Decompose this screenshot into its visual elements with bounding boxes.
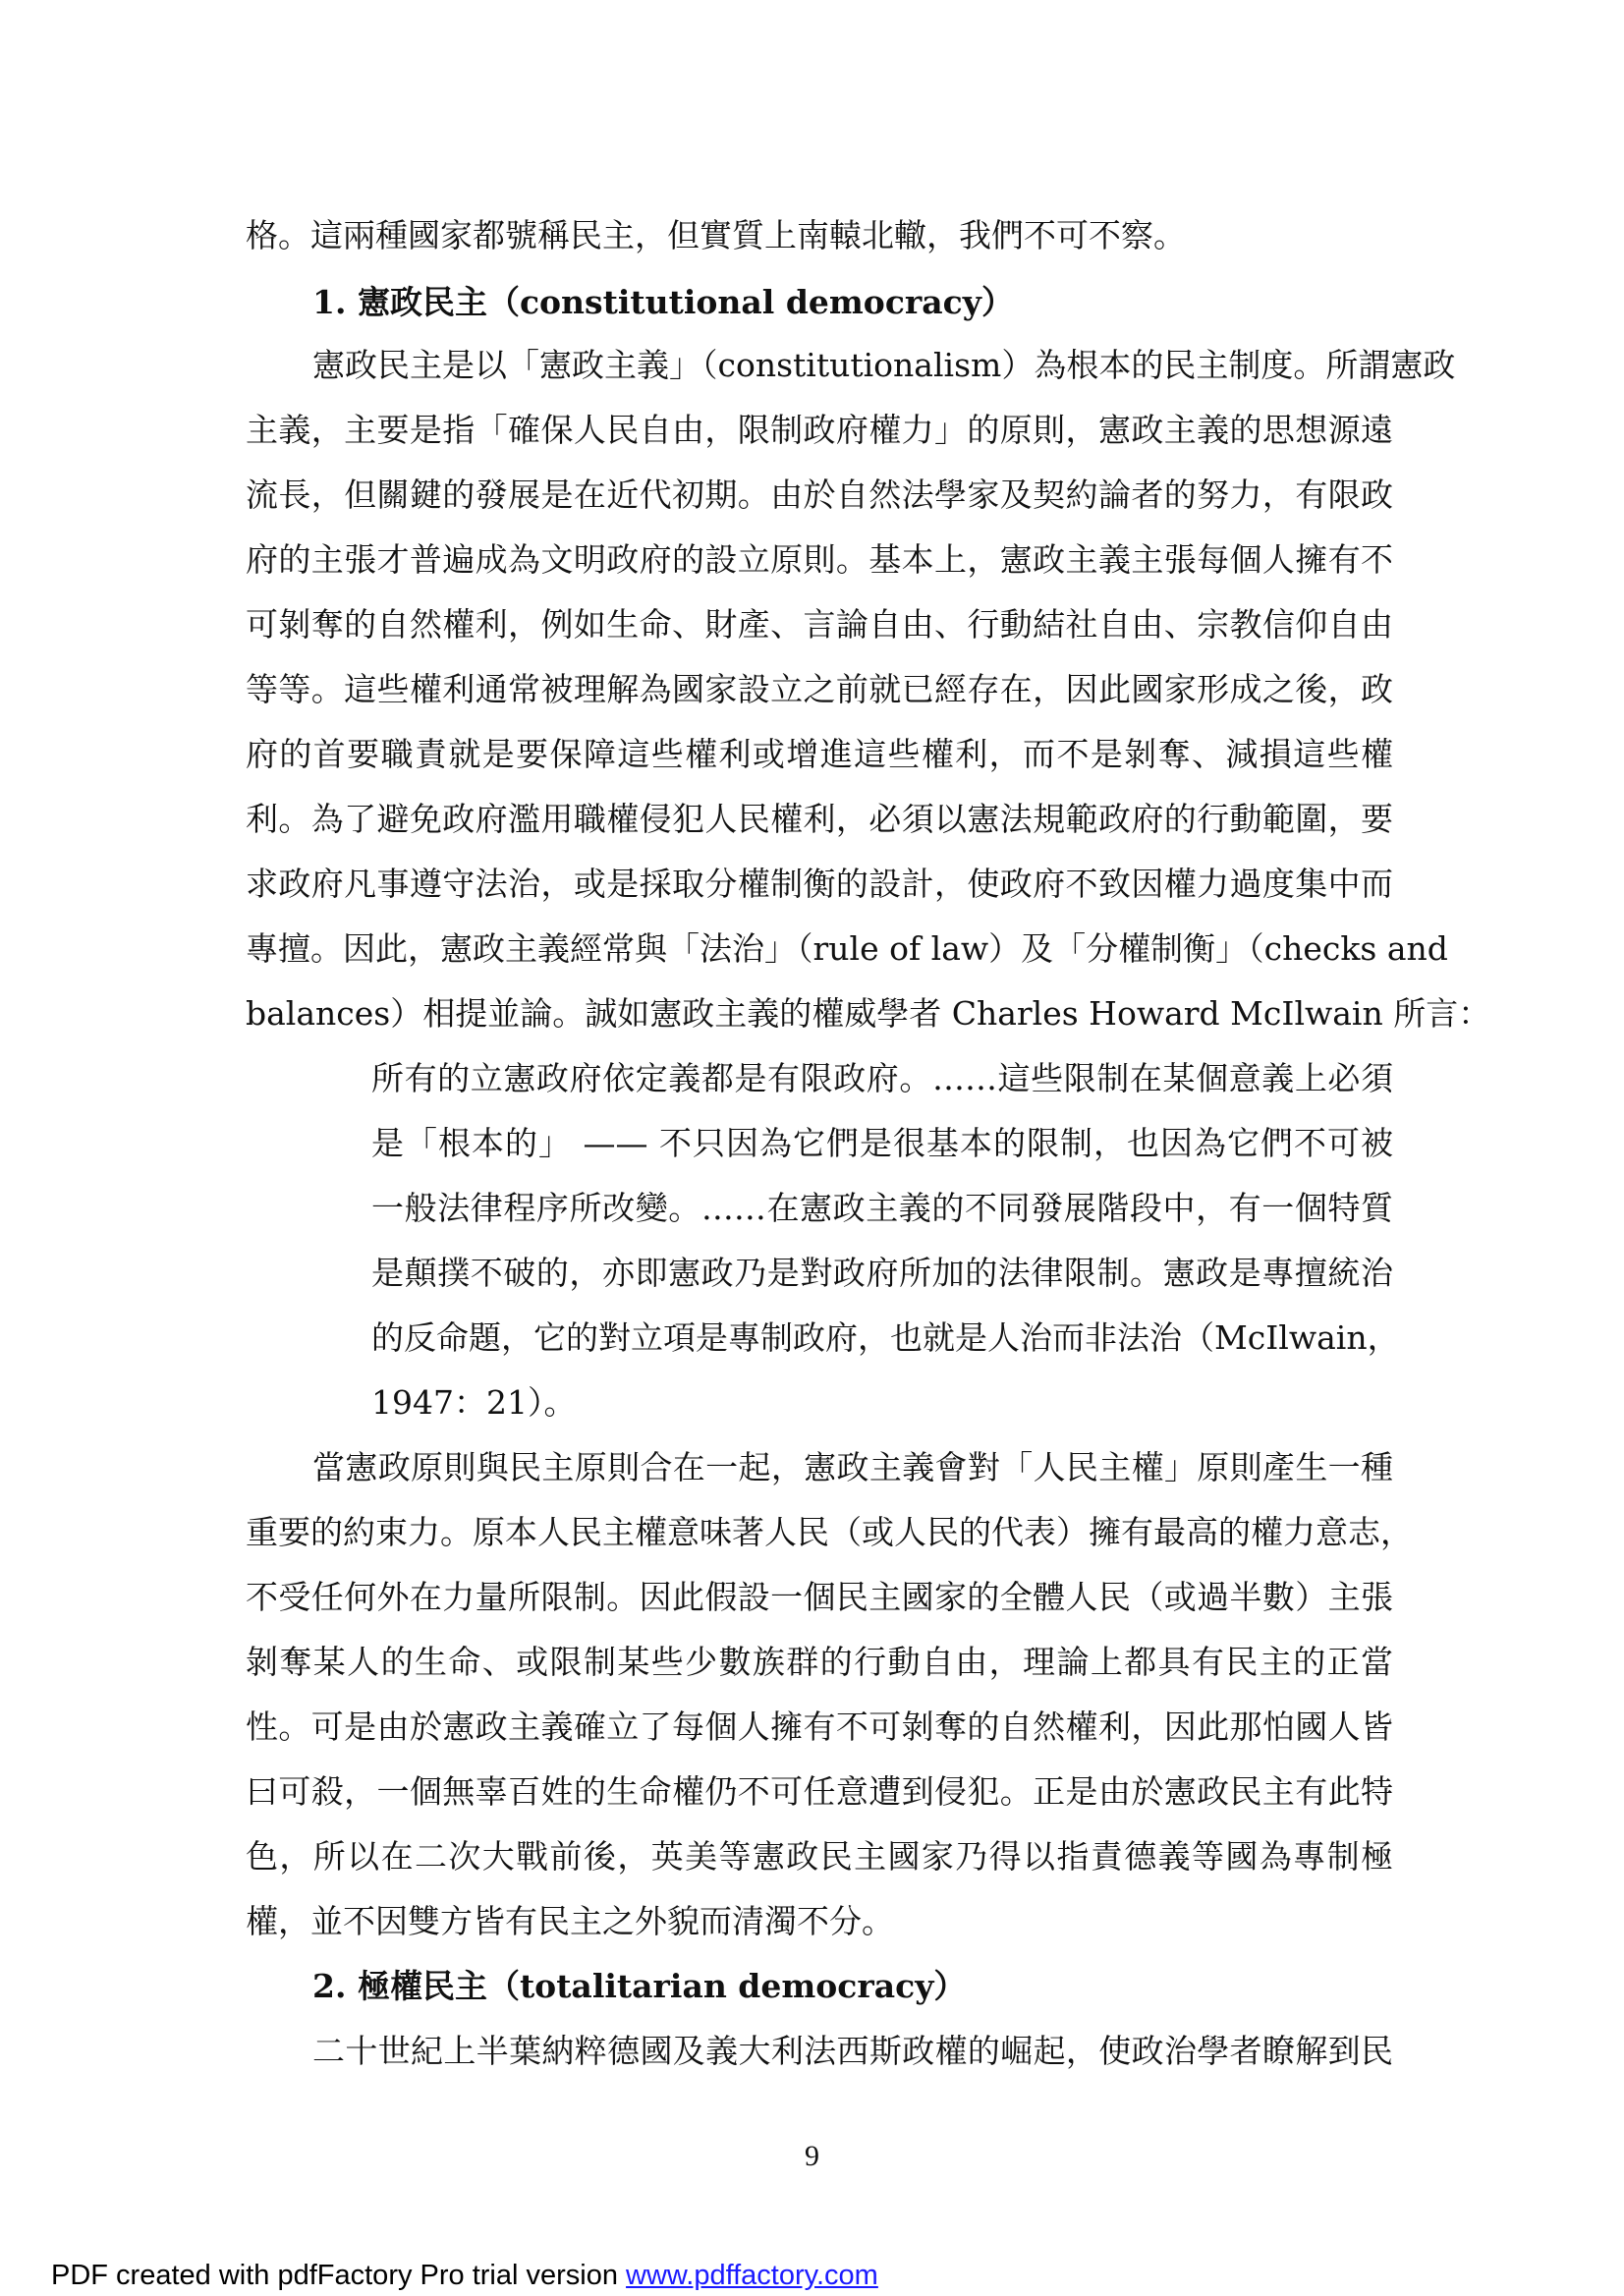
section-heading: 1. 憲政民主（constitutional democracy）: [312, 283, 1393, 322]
text-line: 主義，主要是指「確保人民自由，限制政府權力」的原則，憲政主義的思想源遠: [246, 411, 1393, 450]
text-line: balances）相提並論。誠如憲政主義的權威學者 Charles Howard…: [246, 994, 1393, 1034]
block-quote-line: 的反命題，它的對立項是專制政府，也就是人治而非法治（McIlwain，: [371, 1318, 1393, 1358]
text-line: 曰可殺，一個無辜百姓的生命權仍不可任意遭到侵犯。正是由於憲政民主有此特: [246, 1772, 1393, 1812]
block-quote-line: 是顛撲不破的，亦即憲政乃是對政府所加的法律限制。憲政是專擅統治: [371, 1254, 1393, 1293]
paragraph-last-line: 權，並不因雙方皆有民主之外貌而清濁不分。: [246, 1902, 1393, 1941]
text-line: 府的首要職責就是要保障這些權利或增進這些權利，而不是剝奪、減損這些權: [246, 735, 1393, 774]
pdffactory-link[interactable]: www.pdffactory.com: [626, 2260, 878, 2291]
paragraph-first-line: 當憲政原則與民主原則合在一起，憲政主義會對「人民主權」原則產生一種: [312, 1448, 1393, 1487]
pdf-watermark-footer: PDF created with pdfFactory Pro trial ve…: [51, 2260, 878, 2292]
text-line: 剝奪某人的生命、或限制某些少數族群的行動自由，理論上都具有民主的正當: [246, 1643, 1393, 1682]
block-quote-line: 所有的立憲政府依定義都是有限政府。……這些限制在某個意義上必須: [371, 1059, 1393, 1098]
text-line: 可剝奪的自然權利，例如生命、財產、言論自由、行動結社自由、宗教信仰自由: [246, 605, 1393, 644]
text-line: 色，所以在二次大戰前後，英美等憲政民主國家乃得以指責德義等國為專制極: [246, 1837, 1393, 1876]
paragraph-first-line: 憲政民主是以「憲政主義」（constitutionalism）為根本的民主制度。…: [312, 346, 1393, 385]
watermark-text: PDF created with pdfFactory Pro trial ve…: [51, 2260, 626, 2291]
text-line: 性。可是由於憲政主義確立了每個人擁有不可剝奪的自然權利，因此那怕國人皆: [246, 1708, 1393, 1747]
text-line: 不受任何外在力量所限制。因此假設一個民主國家的全體人民（或過半數）主張: [246, 1578, 1393, 1617]
text-line: 重要的約束力。原本人民主權意味著人民（或人民的代表）擁有最高的權力意志，: [246, 1513, 1393, 1552]
section-heading: 2. 極權民主（totalitarian democracy）: [312, 1967, 1393, 2006]
block-quote-line: 1947：21）。: [371, 1383, 1393, 1423]
text-line: 流長，但關鍵的發展是在近代初期。由於自然法學家及契約論者的努力，有限政: [246, 476, 1393, 515]
text-line: 專擅。因此，憲政主義經常與「法治」（rule of law）及「分權制衡」（ch…: [246, 929, 1393, 969]
text-line: 府的主張才普遍成為文明政府的設立原則。基本上，憲政主義主張每個人擁有不: [246, 540, 1393, 580]
text-line: 求政府凡事遵守法治，或是採取分權制衡的設計，使政府不致因權力過度集中而: [246, 865, 1393, 904]
block-quote-line: 是「根本的」 —— 不只因為它們是很基本的限制，也因為它們不可被: [371, 1124, 1393, 1163]
page-number: 9: [0, 2140, 1624, 2173]
paragraph-first-line: 二十世紀上半葉納粹德國及義大利法西斯政權的崛起，使政治學者瞭解到民: [312, 2032, 1393, 2071]
paragraph-last-line: 格。這兩種國家都號稱民主，但實質上南轅北轍，我們不可不察。: [246, 216, 1393, 255]
document-page: 格。這兩種國家都號稱民主，但實質上南轅北轍，我們不可不察。1. 憲政民主（con…: [0, 0, 1624, 2296]
text-line: 利。為了避免政府濫用職權侵犯人民權利，必須以憲法規範政府的行動範圍，要: [246, 800, 1393, 839]
block-quote-line: 一般法律程序所改變。……在憲政主義的不同發展階段中，有一個特質: [371, 1189, 1393, 1228]
text-line: 等等。這些權利通常被理解為國家設立之前就已經存在，因此國家形成之後，政: [246, 670, 1393, 709]
